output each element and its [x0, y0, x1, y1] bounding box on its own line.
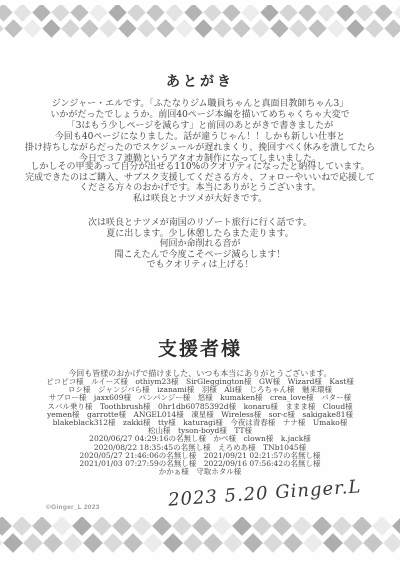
- diamond-decoration: [327, 19, 345, 37]
- diamond-decoration: [343, 533, 363, 553]
- diamond-decoration: [279, 5, 297, 22]
- diamond-decoration: [298, 5, 316, 22]
- diamond-decoration: [374, 5, 392, 22]
- diamond-decoration: [43, 533, 63, 553]
- diamond-decoration: [61, 19, 79, 37]
- text-line: かかぁ様 守取ホタル様: [0, 468, 400, 476]
- diamond-decoration: [112, 517, 132, 536]
- diamond-decoration: [372, 517, 392, 536]
- text-line: 「3はもう少しページを減らす」と前回のあとがきで書きましたが: [0, 121, 400, 132]
- text-line: 完成できたのはご購入、サブスク支援してくださる方々、フォローやいいねで応援して: [0, 173, 400, 184]
- diamond-decoration: [365, 19, 383, 37]
- diamond-decoration: [184, 5, 202, 22]
- diamond-decoration: [92, 517, 112, 536]
- text-line: しかしその甲斐あって自分が出せる110%のクオリティになったと納得しています。: [0, 162, 400, 173]
- diamond-decoration: [156, 19, 174, 37]
- diamond-decoration: [108, 5, 126, 22]
- diamond-decoration: [152, 517, 172, 536]
- diamond-decoration: [252, 517, 272, 536]
- diamond-decoration: [70, 5, 88, 22]
- text-line: 夏に出します。少し休憩したらまた走ります。: [0, 229, 400, 240]
- diamond-decoration: [32, 5, 50, 22]
- diamond-decoration: [80, 19, 98, 37]
- diamond-decoration: [243, 533, 263, 553]
- diamond-decoration: [222, 5, 240, 22]
- diamond-decoration: [251, 19, 269, 37]
- diamond-decoration: [263, 533, 283, 553]
- diamond-decoration: [165, 5, 183, 22]
- diamond-decoration: [51, 5, 69, 22]
- text-line: いかがだったでしょうか。前回40ページ本編を描いてめちゃくちゃ大変で: [0, 110, 400, 121]
- diamond-decoration: [163, 533, 183, 553]
- diamond-decoration: [352, 517, 372, 536]
- diamond-decoration: [83, 533, 103, 553]
- diamond-decoration: [203, 533, 223, 553]
- diamond-decoration: [384, 19, 400, 37]
- diamond-decoration: [175, 19, 193, 37]
- diamond-decoration: [137, 19, 155, 37]
- diamond-border-bottom: [0, 517, 400, 564]
- diamond-decoration: [99, 19, 117, 37]
- diamond-decoration: [123, 533, 143, 553]
- diamond-row: [0, 22, 400, 35]
- supporters-title: 支援者様: [0, 334, 400, 361]
- diamond-decoration: [146, 5, 164, 22]
- diamond-decoration: [292, 517, 312, 536]
- diamond-decoration: [23, 19, 41, 37]
- diamond-row: [0, 536, 400, 550]
- diamond-border-top: [0, 5, 400, 47]
- diamond-decoration: [336, 5, 354, 22]
- diamond-decoration: [172, 517, 192, 536]
- diamond-decoration: [355, 5, 373, 22]
- afterword-paragraph-3: 次は咲良とナツメが南国のリゾート旅行に行く話です。夏に出します。少し休憩したらま…: [0, 218, 400, 271]
- text-line: 私は咲良とナツメが大好きです。: [0, 194, 400, 205]
- diamond-decoration: [203, 5, 221, 22]
- diamond-decoration: [272, 517, 292, 536]
- diamond-decoration: [89, 5, 107, 22]
- diamond-decoration: [42, 19, 60, 37]
- diamond-decoration: [52, 517, 72, 536]
- diamond-decoration: [383, 533, 400, 553]
- diamond-decoration: [317, 5, 335, 22]
- diamond-decoration: [332, 517, 352, 536]
- diamond-decoration: [12, 517, 32, 536]
- diamond-decoration: [72, 517, 92, 536]
- diamond-decoration: [13, 5, 31, 22]
- diamond-decoration: [363, 533, 383, 553]
- afterword-paragraph-1: ジンジャー・エルです。「ふたなりジム職員ちゃんと真面目教師ちゃん3」いかがだった…: [0, 99, 400, 165]
- diamond-decoration: [183, 533, 203, 553]
- diamond-decoration: [323, 533, 343, 553]
- diamond-row: [0, 519, 400, 533]
- diamond-decoration: [32, 517, 52, 536]
- diamond-decoration: [103, 533, 123, 553]
- diamond-decoration: [270, 19, 288, 37]
- text-line: くださる方々のおかげです。本当にありがとうございます。: [0, 183, 400, 194]
- diamond-decoration: [213, 19, 231, 37]
- supporters-name-list: ピコピコ様 ルイーズ様 othiym23様 SirGleggington様 GW…: [0, 378, 400, 476]
- afterword-title: あとがき: [0, 71, 400, 91]
- text-line: 何回か命削れる音が: [0, 239, 400, 250]
- diamond-decoration: [260, 5, 278, 22]
- diamond-decoration: [283, 533, 303, 553]
- diamond-decoration: [223, 533, 243, 553]
- diamond-decoration: [194, 19, 212, 37]
- diamond-row: [0, 6, 400, 19]
- diamond-decoration: [4, 19, 22, 37]
- text-line: 聞こえたんで今度こそページ減らします！: [0, 250, 400, 261]
- artist-signature: 2023 5.20 Ginger.L: [168, 476, 363, 510]
- diamond-decoration: [0, 19, 4, 37]
- text-line: ジンジャー・エルです。「ふたなりジム職員ちゃんと真面目教師ちゃん3」: [0, 99, 400, 110]
- text-line: 掛け持ちしながらだったのでスケジュールが遅れまくり、挽回すべく休みを潰してたら: [0, 143, 400, 154]
- diamond-decoration: [232, 517, 252, 536]
- diamond-decoration: [143, 533, 163, 553]
- diamond-decoration: [289, 19, 307, 37]
- afterword-page: あとがき ジンジャー・エルです。「ふたなりジム職員ちゃんと真面目教師ちゃん3」い…: [0, 0, 400, 564]
- copyright-notice: ©Ginger_L 2023: [46, 504, 100, 511]
- diamond-decoration: [132, 517, 152, 536]
- diamond-decoration: [303, 533, 323, 553]
- diamond-decoration: [308, 19, 326, 37]
- diamond-decoration: [23, 533, 43, 553]
- diamond-decoration: [0, 517, 12, 536]
- diamond-decoration: [312, 517, 332, 536]
- diamond-decoration: [63, 533, 83, 553]
- diamond-decoration: [127, 5, 145, 22]
- diamond-decoration: [0, 5, 13, 22]
- text-line: 次は咲良とナツメが南国のリゾート旅行に行く話です。: [0, 218, 400, 229]
- diamond-decoration: [241, 5, 259, 22]
- text-line: でもクオリティは上げる！: [0, 260, 400, 271]
- diamond-decoration: [232, 19, 250, 37]
- diamond-decoration: [212, 517, 232, 536]
- diamond-decoration: [118, 19, 136, 37]
- text-line: 今回も40ページになりました。話が違うじゃん！！しかも新しい仕事と: [0, 132, 400, 143]
- diamond-decoration: [346, 19, 364, 37]
- diamond-decoration: [3, 533, 23, 553]
- diamond-decoration: [192, 517, 212, 536]
- afterword-paragraph-2: しかしその甲斐あって自分が出せる110%のクオリティになったと納得しています。完…: [0, 162, 400, 204]
